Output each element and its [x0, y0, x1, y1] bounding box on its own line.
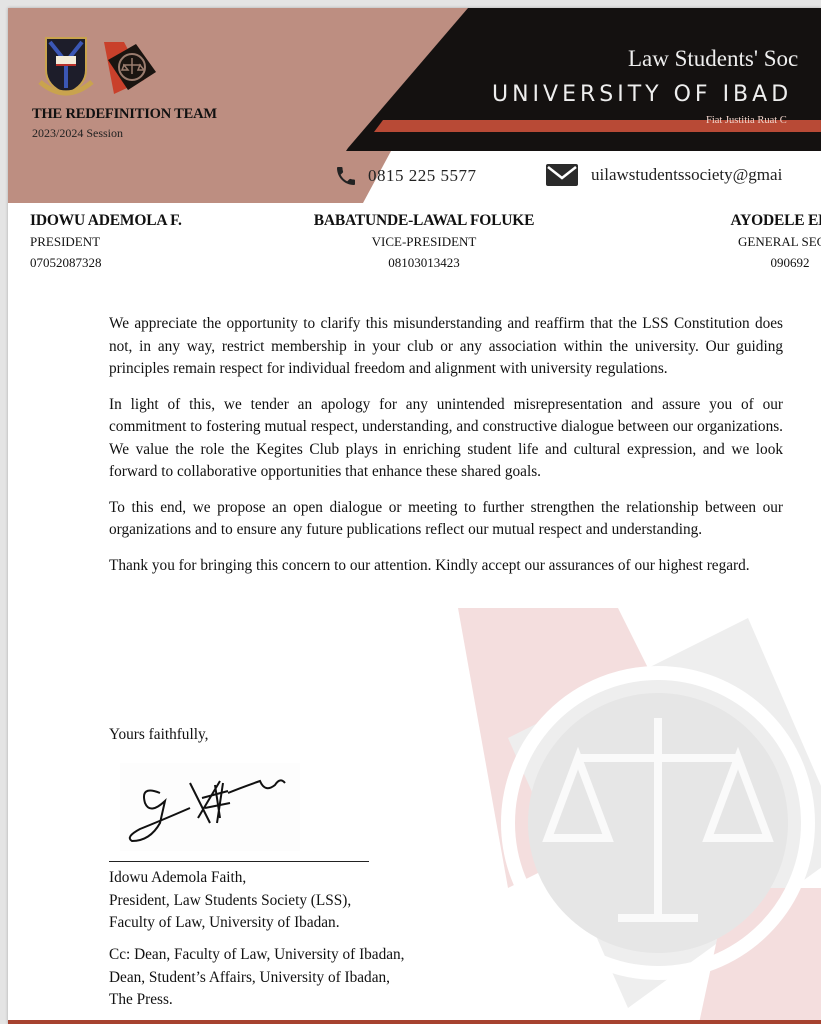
- officer-phone: 08103013423: [290, 252, 558, 273]
- contact-email: uilawstudentssociety@gmai: [545, 163, 782, 187]
- signer-block: Idowu Ademola Faith, President, Law Stud…: [109, 867, 351, 935]
- cc-line: Cc: Dean, Faculty of Law, University of …: [109, 944, 405, 967]
- society-name: Law Students' Soc: [628, 46, 798, 72]
- officer-name: BABATUNDE-LAWAL FOLUKE: [290, 210, 558, 231]
- cc-line: The Press.: [109, 989, 405, 1012]
- body-paragraph: To this end, we propose an open dialogue…: [109, 497, 783, 542]
- letter-page: THE REDEFINITION TEAM 2023/2024 Session …: [8, 8, 821, 1024]
- lss-watermark-icon: [448, 588, 821, 1024]
- cc-block: Cc: Dean, Faculty of Law, University of …: [109, 944, 405, 1012]
- officer-president: IDOWU ADEMOLA F. PRESIDENT 07052087328: [30, 210, 182, 273]
- team-name: THE REDEFINITION TEAM: [32, 106, 217, 123]
- officer-phone: 090692: [680, 252, 821, 273]
- officer-vice-president: BABATUNDE-LAWAL FOLUKE VICE-PRESIDENT 08…: [290, 210, 558, 273]
- signature-line: [109, 861, 369, 862]
- email-address: uilawstudentssociety@gmai: [591, 165, 782, 185]
- officer-general-secretary: AYODELE ELEA GENERAL SECRE 090692: [680, 210, 821, 273]
- officer-role: VICE-PRESIDENT: [290, 231, 558, 252]
- motto: Fiat Justitia Ruat C: [706, 115, 787, 126]
- body-paragraph: In light of this, we tender an apology f…: [109, 394, 783, 484]
- phone-icon: [334, 164, 358, 188]
- officer-role: PRESIDENT: [30, 231, 182, 252]
- envelope-icon: [545, 163, 579, 187]
- officer-role: GENERAL SECRE: [680, 231, 821, 252]
- session-label: 2023/2024 Session: [32, 126, 123, 141]
- lss-scales-logo-icon: [104, 42, 156, 94]
- signer-name: Idowu Ademola Faith,: [109, 867, 351, 890]
- signer-title: President, Law Students Society (LSS),: [109, 890, 351, 913]
- signer-affiliation: Faculty of Law, University of Ibadan.: [109, 912, 351, 935]
- contact-phone: 0815 225 5577: [334, 164, 477, 188]
- officer-name: AYODELE ELEA: [680, 210, 821, 231]
- phone-number: 0815 225 5577: [368, 166, 477, 186]
- footer-bar: [8, 1020, 821, 1024]
- officer-name: IDOWU ADEMOLA F.: [30, 210, 182, 231]
- signature-image: [120, 763, 300, 851]
- logos: [38, 32, 168, 102]
- body-paragraph: We appreciate the opportunity to clarify…: [109, 313, 783, 381]
- cc-line: Dean, Student’s Affairs, University of I…: [109, 967, 405, 990]
- university-crest-icon: [40, 38, 92, 94]
- letter-body: We appreciate the opportunity to clarify…: [109, 313, 783, 590]
- officer-phone: 07052087328: [30, 252, 182, 273]
- university-name: UNIVERSITY OF IBAD: [492, 82, 792, 107]
- body-paragraph: Thank you for bringing this concern to o…: [109, 555, 783, 578]
- salutation: Yours faithfully,: [109, 726, 208, 744]
